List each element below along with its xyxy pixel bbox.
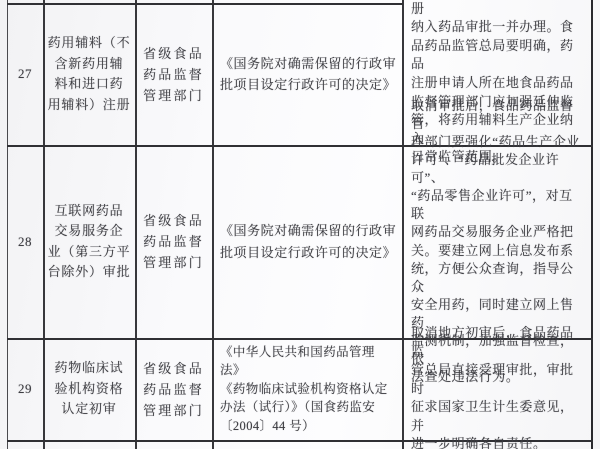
- row-28-department-cell: 省级食品 药品监督 管理部门: [135, 145, 212, 338]
- item-name: 药用辅料（不 含新药用辅 料和进口药 用辅料）注册: [48, 33, 131, 115]
- note-text: 取消地方初审后，食品药品监 管总局直接受理审批，审批时 征求国家卫生计生委意见，…: [411, 324, 586, 449]
- legal-basis: 《中华人民共和国药品管理 法》 《药物临床试验机构资格认定 办法（试行）》（国食…: [220, 343, 388, 436]
- table-border-vertical-right: [591, 0, 593, 449]
- row-28-basis-cell: 《国务院对确需保留的行政审 批项目设定行政许可的决定》: [212, 145, 402, 338]
- scanned-document-page: 27 药用辅料（不 含新药用辅 料和进口药 用辅料）注册 省级食品 药品监督 管…: [0, 0, 600, 449]
- row-27-number-cell: 27: [7, 3, 43, 145]
- row-27-item-cell: 药用辅料（不 含新药用辅 料和进口药 用辅料）注册: [43, 3, 135, 145]
- implementing-authority: 省级食品 药品监督 管理部门: [143, 43, 204, 106]
- row-28-note-cell: 取消审批后，食品药品监督管 理部门要强化“药品生产企业 许可”、“药品批发企业许…: [402, 145, 591, 338]
- row-number: 29: [18, 381, 32, 397]
- row-29-number-cell: 29: [7, 338, 43, 440]
- row-28-item-cell: 互联网药品 交易服务企 业（第三方平 台除外）审批: [43, 145, 135, 338]
- legal-basis: 《国务院对确需保留的行政审 批项目设定行政许可的决定》: [220, 220, 396, 263]
- legal-basis: 《国务院对确需保留的行政审 批项目设定行政许可的决定》: [220, 53, 396, 96]
- row-29-basis-cell: 《中华人民共和国药品管理 法》 《药物临床试验机构资格认定 办法（试行）》（国食…: [212, 338, 402, 440]
- row-28-number-cell: 28: [7, 145, 43, 338]
- row-number: 28: [18, 234, 32, 250]
- implementing-authority: 省级食品 药品监督 管理部门: [143, 358, 204, 421]
- implementing-authority: 省级食品 药品监督 管理部门: [143, 210, 204, 273]
- row-27-basis-cell: 《国务院对确需保留的行政审 批项目设定行政许可的决定》: [212, 3, 402, 145]
- item-name: 互联网药品 交易服务企 业（第三方平 台除外）审批: [48, 201, 131, 283]
- row-29-department-cell: 省级食品 药品监督 管理部门: [135, 338, 212, 440]
- row-29-note-cell: 取消地方初审后，食品药品监 管总局直接受理审批，审批时 征求国家卫生计生委意见，…: [402, 338, 591, 440]
- row-27-department-cell: 省级食品 药品监督 管理部门: [135, 3, 212, 145]
- item-name: 药物临床试 验机构资格 认定初审: [54, 358, 123, 420]
- row-29-item-cell: 药物临床试 验机构资格 认定初审: [43, 338, 135, 440]
- row-number: 27: [18, 66, 32, 82]
